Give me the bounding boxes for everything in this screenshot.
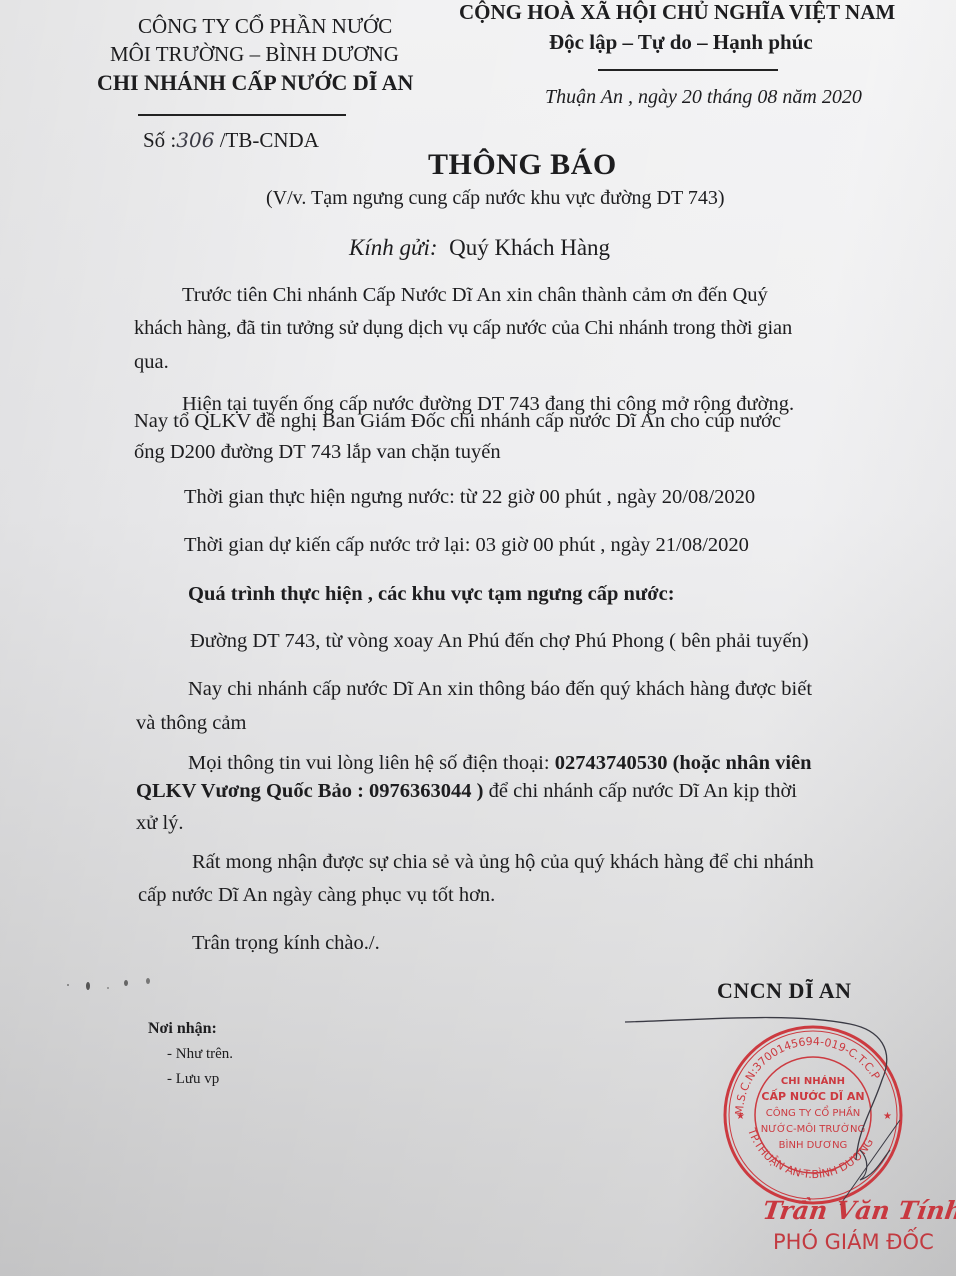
signature-organization: CNCN DĨ AN — [717, 978, 852, 1004]
header-left-divider — [138, 114, 346, 116]
paper-specks — [60, 970, 160, 1000]
national-title: CỘNG HOÀ XÃ HỘI CHỦ NGHĨA VIỆT NAM — [459, 0, 895, 25]
company-name-line2: MÔI TRƯỜNG – BÌNH DƯƠNG — [110, 42, 399, 67]
para1-line3: qua. — [134, 351, 169, 374]
company-name-line1: CÔNG TY CỔ PHẦN NƯỚC — [138, 14, 392, 39]
signer-position: PHÓ GIÁM ĐỐC — [773, 1230, 934, 1254]
para2-line2: Nay tổ QLKV đề nghị Ban Giám Đốc chi nhá… — [134, 410, 781, 433]
branch-name: CHI NHÁNH CẤP NƯỚC DĨ AN — [97, 70, 413, 96]
signer-name: Trần Văn Tính — [761, 1196, 956, 1225]
greeting-label: Kính gửi: — [349, 235, 438, 260]
recipient-item: - Lưu vp — [167, 1071, 219, 1088]
para1-line2: khách hàng, đã tin tưởng sử dụng dịch vụ… — [134, 317, 792, 340]
para3-line2: và thông cảm — [136, 712, 246, 735]
contact-phone: 02743740530 (hoặc nhân viên — [555, 752, 812, 774]
place-date: Thuận An , ngày 20 tháng 08 năm 2020 — [545, 86, 862, 109]
para2-line3: ống D200 đường DT 743 lắp van chặn tuyến — [134, 441, 501, 464]
document-number: Số :306 /TB-CNDA — [143, 128, 319, 153]
para1-line1: Trước tiên Chi nhánh Cấp Nước Dĩ An xin … — [182, 284, 768, 307]
contact-line2: QLKV Vương Quốc Bảo : 0976363044 ) để ch… — [136, 780, 797, 803]
recipients-title: Nơi nhận: — [148, 1020, 217, 1038]
para3-line1: Nay chi nhánh cấp nước Dĩ An xin thông b… — [188, 678, 812, 701]
header-right-divider — [598, 69, 778, 71]
para4-line2: cấp nước Dĩ An ngày càng phục vụ tốt hơn… — [138, 884, 495, 907]
doc-number-suffix: /TB-CNDA — [220, 128, 319, 152]
handwritten-signature — [620, 1010, 920, 1210]
contact-line1: Mọi thông tin vui lòng liên hệ số điện t… — [188, 752, 812, 775]
closing: Trân trọng kính chào./. — [192, 932, 380, 955]
resume-time: Thời gian dự kiến cấp nước trở lại: 03 g… — [184, 534, 749, 557]
national-motto: Độc lập – Tự do – Hạnh phúc — [549, 30, 813, 55]
contact-suffix: để chi nhánh cấp nước Dĩ An kịp thời — [484, 780, 797, 802]
greeting-recipient: Quý Khách Hàng — [449, 235, 610, 260]
document-subject: (V/v. Tạm ngưng cung cấp nước khu vực đư… — [266, 187, 725, 210]
doc-number-label: Số : — [143, 128, 176, 152]
areas-heading: Quá trình thực hiện , các khu vực tạm ng… — [188, 583, 675, 606]
recipient-item: - Như trên. — [167, 1046, 233, 1063]
affected-area: Đường DT 743, từ vòng xoay An Phú đến ch… — [190, 630, 809, 653]
contact-staff: QLKV Vương Quốc Bảo : 0976363044 ) — [136, 780, 484, 802]
para4-line1: Rất mong nhận được sự chia sẻ và ủng hộ … — [192, 851, 814, 874]
contact-line3: xử lý. — [136, 812, 184, 835]
greeting: Kính gửi: Quý Khách Hàng — [349, 235, 610, 261]
contact-prefix: Mọi thông tin vui lòng liên hệ số điện t… — [188, 752, 555, 774]
document-title: THÔNG BÁO — [428, 148, 617, 182]
doc-number-handwritten: 306 — [176, 128, 214, 152]
stop-time: Thời gian thực hiện ngưng nước: từ 22 gi… — [184, 486, 755, 509]
